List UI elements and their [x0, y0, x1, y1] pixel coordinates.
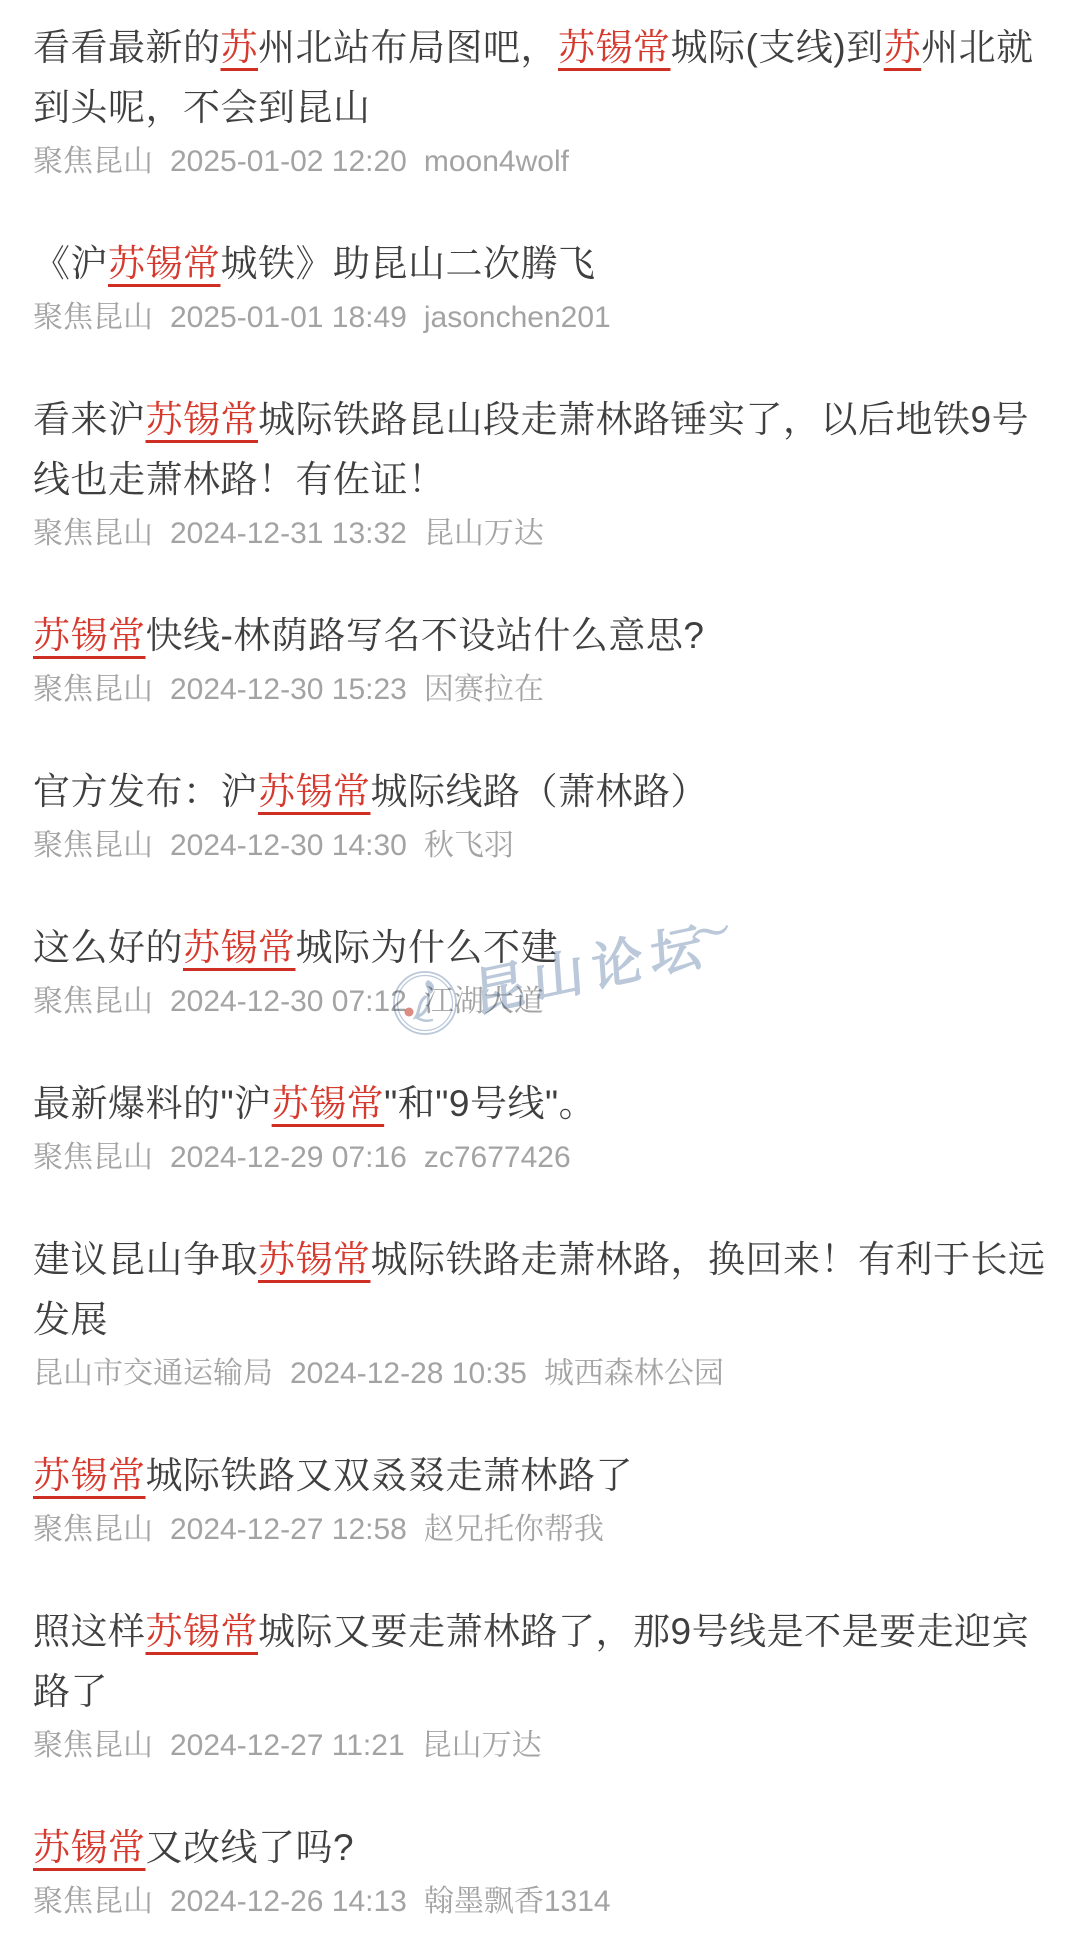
- post-item[interactable]: 建议昆山争取苏锡常城际铁路走萧林路，换回来！有利于长远发展 昆山市交通运输局 2…: [33, 1230, 1047, 1392]
- post-item[interactable]: 《沪苏锡常城铁》助昆山二次腾飞 聚焦昆山 2025-01-01 18:49 ja…: [33, 234, 1047, 336]
- post-item[interactable]: 看来沪苏锡常城际铁路昆山段走萧林路锤实了，以后地铁9号线也走萧林路！有佐证！ 聚…: [33, 390, 1047, 552]
- post-item[interactable]: 这么好的苏锡常城际为什么不建 聚焦昆山 2024-12-30 07:12 江湖大…: [33, 918, 1047, 1020]
- post-board: 聚焦昆山: [33, 144, 153, 180]
- post-title[interactable]: 建议昆山争取苏锡常城际铁路走萧林路，换回来！有利于长远发展: [33, 1230, 1047, 1350]
- post-meta: 聚焦昆山 2024-12-30 15:23 因赛拉在: [33, 672, 1047, 708]
- post-datetime: 2024-12-29 07:16: [170, 1140, 407, 1176]
- post-board: 聚焦昆山: [33, 300, 153, 336]
- post-author: 翰墨飘香1314: [424, 1884, 611, 1920]
- post-title[interactable]: 这么好的苏锡常城际为什么不建: [33, 918, 1047, 978]
- post-title[interactable]: 《沪苏锡常城铁》助昆山二次腾飞: [33, 234, 1047, 294]
- post-meta: 聚焦昆山 2024-12-31 13:32 昆山万达: [33, 516, 1047, 552]
- post-board: 聚焦昆山: [33, 1140, 153, 1176]
- keyword-highlight: 苏锡常: [33, 1455, 146, 1496]
- keyword-highlight: 苏锡常: [258, 771, 371, 812]
- post-datetime: 2024-12-28 10:35: [290, 1356, 527, 1392]
- post-datetime: 2024-12-30 14:30: [170, 828, 407, 864]
- keyword-highlight: 苏锡常: [558, 27, 671, 68]
- post-board: 聚焦昆山: [33, 1512, 153, 1548]
- post-datetime: 2025-01-01 18:49: [170, 300, 407, 336]
- post-title[interactable]: 官方发布：沪苏锡常城际线路（萧林路）: [33, 762, 1047, 822]
- keyword-highlight: 苏: [884, 27, 922, 68]
- post-item[interactable]: 苏锡常快线-林荫路写名不设站什么意思? 聚焦昆山 2024-12-30 15:2…: [33, 606, 1047, 708]
- title-segment: 快线-林荫路写名不设站什么意思?: [146, 615, 705, 656]
- post-board: 聚焦昆山: [33, 1884, 153, 1920]
- post-meta: 聚焦昆山 2025-01-02 12:20 moon4wolf: [33, 144, 1047, 180]
- post-item[interactable]: 照这样苏锡常城际又要走萧林路了，那9号线是不是要走迎宾路了 聚焦昆山 2024-…: [33, 1602, 1047, 1764]
- title-segment: 最新爆料的"沪: [33, 1083, 272, 1124]
- post-title[interactable]: 看来沪苏锡常城际铁路昆山段走萧林路锤实了，以后地铁9号线也走萧林路！有佐证！: [33, 390, 1047, 510]
- post-meta: 聚焦昆山 2024-12-29 07:16 zc7677426: [33, 1140, 1047, 1176]
- title-segment: 城际为什么不建: [296, 927, 559, 968]
- post-meta: 聚焦昆山 2024-12-30 07:12 江湖大道: [33, 984, 1047, 1020]
- title-segment: 城铁》助昆山二次腾飞: [221, 243, 596, 284]
- post-author: jasonchen201: [424, 300, 611, 336]
- post-meta: 聚焦昆山 2025-01-01 18:49 jasonchen201: [33, 300, 1047, 336]
- title-segment: 城际(支线)到: [671, 27, 884, 68]
- keyword-highlight: 苏锡常: [258, 1239, 371, 1280]
- post-datetime: 2024-12-27 12:58: [170, 1512, 407, 1548]
- post-author: 江湖大道: [424, 984, 544, 1020]
- post-item[interactable]: 最新爆料的"沪苏锡常"和"9号线"。 聚焦昆山 2024-12-29 07:16…: [33, 1074, 1047, 1176]
- title-segment: 城际铁路又双叒叕走萧林路了: [146, 1455, 634, 1496]
- keyword-highlight: 苏锡常: [33, 615, 146, 656]
- title-segment: 《沪: [33, 243, 108, 284]
- title-segment: 城际线路（萧林路）: [371, 771, 709, 812]
- post-author: 昆山万达: [424, 516, 544, 552]
- post-author: 秋飞羽: [424, 828, 514, 864]
- title-segment: "和"9号线"。: [384, 1083, 596, 1124]
- post-author: moon4wolf: [424, 144, 569, 180]
- title-segment: 州北站布局图吧，: [258, 27, 558, 68]
- post-meta: 聚焦昆山 2024-12-27 12:58 赵兄托你帮我: [33, 1512, 1047, 1548]
- post-author: 赵兄托你帮我: [424, 1512, 604, 1548]
- post-author: zc7677426: [424, 1140, 571, 1176]
- keyword-highlight: 苏锡常: [33, 1827, 146, 1868]
- post-datetime: 2024-12-31 13:32: [170, 516, 407, 552]
- post-title[interactable]: 看看最新的苏州北站布局图吧，苏锡常城际(支线)到苏州北就到头呢，不会到昆山: [33, 18, 1047, 138]
- title-segment: 看来沪: [33, 399, 146, 440]
- post-title[interactable]: 照这样苏锡常城际又要走萧林路了，那9号线是不是要走迎宾路了: [33, 1602, 1047, 1722]
- keyword-highlight: 苏锡常: [108, 243, 221, 284]
- title-segment: 这么好的: [33, 927, 183, 968]
- title-segment: 建议昆山争取: [33, 1239, 258, 1280]
- post-board: 聚焦昆山: [33, 516, 153, 552]
- post-title[interactable]: 苏锡常快线-林荫路写名不设站什么意思?: [33, 606, 1047, 666]
- post-item[interactable]: 看看最新的苏州北站布局图吧，苏锡常城际(支线)到苏州北就到头呢，不会到昆山 聚焦…: [33, 18, 1047, 180]
- keyword-highlight: 苏: [221, 27, 259, 68]
- post-title[interactable]: 苏锡常城际铁路又双叒叕走萧林路了: [33, 1446, 1047, 1506]
- post-title[interactable]: 苏锡常又改线了吗?: [33, 1818, 1047, 1878]
- post-author: 昆山万达: [422, 1728, 542, 1764]
- post-title[interactable]: 最新爆料的"沪苏锡常"和"9号线"。: [33, 1074, 1047, 1134]
- keyword-highlight: 苏锡常: [146, 399, 259, 440]
- keyword-highlight: 苏锡常: [272, 1083, 385, 1124]
- post-datetime: 2025-01-02 12:20: [170, 144, 407, 180]
- post-item[interactable]: 苏锡常城际铁路又双叒叕走萧林路了 聚焦昆山 2024-12-27 12:58 赵…: [33, 1446, 1047, 1548]
- post-board: 聚焦昆山: [33, 1728, 153, 1764]
- post-meta: 聚焦昆山 2024-12-27 11:21 昆山万达: [33, 1728, 1047, 1764]
- post-meta: 昆山市交通运输局 2024-12-28 10:35 城西森林公园: [33, 1356, 1047, 1392]
- post-meta: 聚焦昆山 2024-12-30 14:30 秋飞羽: [33, 828, 1047, 864]
- post-board: 聚焦昆山: [33, 672, 153, 708]
- post-item[interactable]: 官方发布：沪苏锡常城际线路（萧林路） 聚焦昆山 2024-12-30 14:30…: [33, 762, 1047, 864]
- post-author: 因赛拉在: [424, 672, 544, 708]
- post-meta: 聚焦昆山 2024-12-26 14:13 翰墨飘香1314: [33, 1884, 1047, 1920]
- post-board: 昆山市交通运输局: [33, 1356, 273, 1392]
- title-segment: 照这样: [33, 1611, 146, 1652]
- post-board: 聚焦昆山: [33, 984, 153, 1020]
- title-segment: 官方发布：沪: [33, 771, 258, 812]
- title-segment: 又改线了吗?: [146, 1827, 355, 1868]
- post-datetime: 2024-12-27 11:21: [170, 1728, 405, 1764]
- keyword-highlight: 苏锡常: [146, 1611, 259, 1652]
- post-list: 看看最新的苏州北站布局图吧，苏锡常城际(支线)到苏州北就到头呢，不会到昆山 聚焦…: [0, 0, 1080, 1920]
- post-datetime: 2024-12-30 07:12: [170, 984, 407, 1020]
- post-datetime: 2024-12-30 15:23: [170, 672, 407, 708]
- post-board: 聚焦昆山: [33, 828, 153, 864]
- post-author: 城西森林公园: [544, 1356, 724, 1392]
- keyword-highlight: 苏锡常: [183, 927, 296, 968]
- post-datetime: 2024-12-26 14:13: [170, 1884, 407, 1920]
- title-segment: 看看最新的: [33, 27, 221, 68]
- post-item[interactable]: 苏锡常又改线了吗? 聚焦昆山 2024-12-26 14:13 翰墨飘香1314: [33, 1818, 1047, 1920]
